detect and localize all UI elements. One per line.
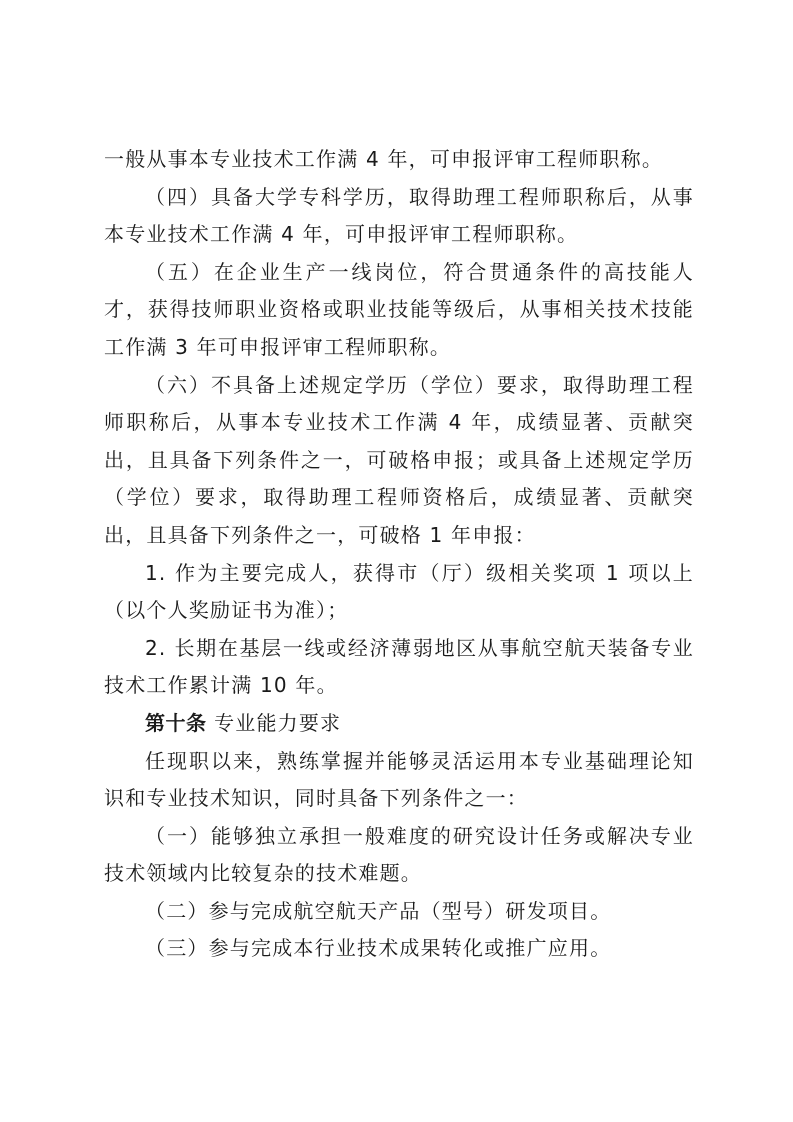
document-page: 一般从事本专业技术工作满 4 年，可申报评审工程师职称。 （四）具备大学专科学历… [104,141,694,968]
paragraph-condition-1: 1. 作为主要完成人，获得市（厅）级相关奖项 1 项以上（以个人奖励证书为准）； [104,555,694,630]
article-number: 第十条 [145,711,207,735]
paragraph-article-intro: 任现职以来，熟练掌握并能够灵活运用本专业基础理论知识和专业技术知识，同时具备下列… [104,743,694,818]
paragraph-ability-3: （三）参与完成本行业技术成果转化或推广应用。 [104,930,694,968]
paragraph-continuation: 一般从事本专业技术工作满 4 年，可申报评审工程师职称。 [104,141,694,179]
paragraph-item-5: （五）在企业生产一线岗位，符合贯通条件的高技能人才，获得技师职业资格或职业技能等… [104,254,694,367]
article-heading: 第十条 专业能力要求 [104,705,694,743]
paragraph-ability-2: （二）参与完成航空航天产品（型号）研发项目。 [104,893,694,931]
paragraph-ability-1: （一）能够独立承担一般难度的研究设计任务或解决专业技术领域内比较复杂的技术难题。 [104,818,694,893]
paragraph-item-6: （六）不具备上述规定学历（学位）要求，取得助理工程师职称后，从事本专业技术工作满… [104,367,694,555]
paragraph-item-4: （四）具备大学专科学历，取得助理工程师职称后，从事本专业技术工作满 4 年，可申… [104,179,694,254]
article-title: 专业能力要求 [214,711,341,735]
paragraph-condition-2: 2. 长期在基层一线或经济薄弱地区从事航空航天装备专业技术工作累计满 10 年。 [104,630,694,705]
